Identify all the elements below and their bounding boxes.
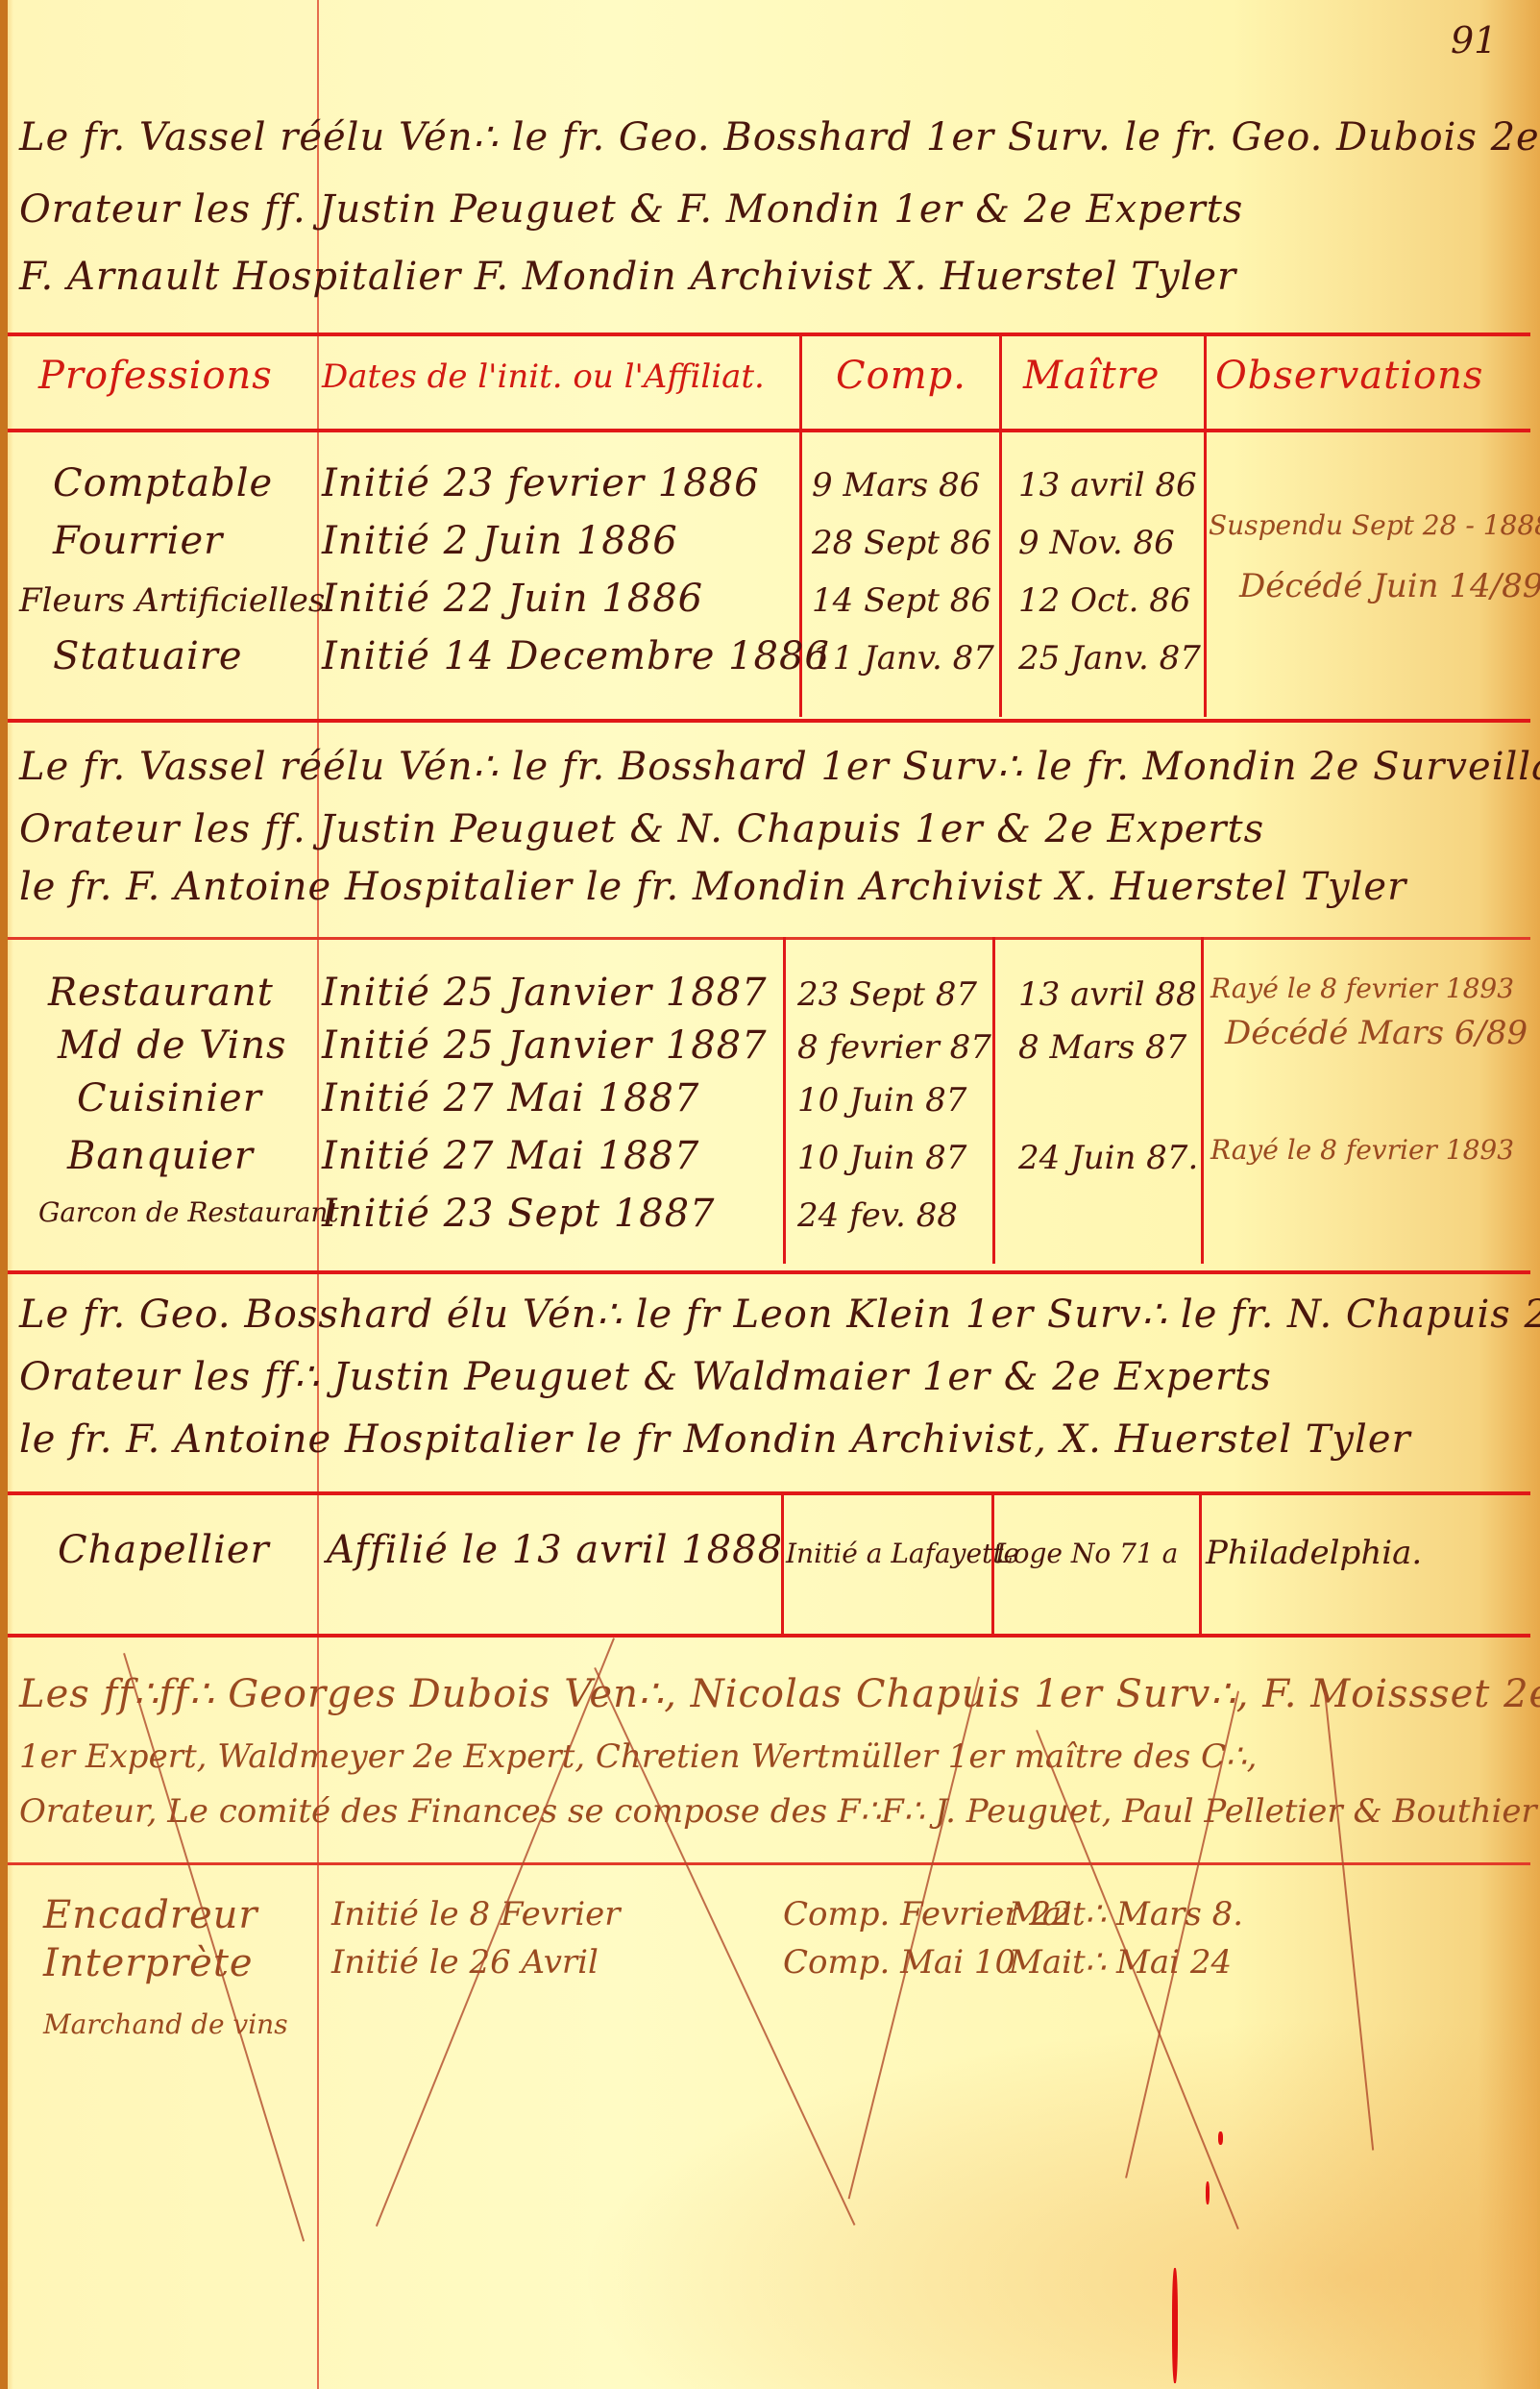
- cell-date: Initié 22 Juin 1886: [322, 577, 703, 621]
- column-rule: [1201, 937, 1204, 1264]
- rule-line: [8, 1270, 1530, 1274]
- cell-observations: Suspendu Sept 28 - 1888: [1209, 509, 1540, 541]
- cell-comp: 8 fevrier 87: [797, 1028, 991, 1067]
- ink-mark: [1172, 2268, 1178, 2383]
- cell-comp: 28 Sept 86: [812, 524, 991, 562]
- cell-observations: Rayé le 8 fevrier 1893: [1210, 1134, 1514, 1166]
- column-rule: [1204, 332, 1207, 717]
- officers-line: Orateur les ff. Justin Peuguet & F. Mond…: [19, 187, 1243, 232]
- header-observations: Observations: [1215, 354, 1483, 398]
- cell-date: Initié le 26 Avril: [331, 1943, 599, 1982]
- cell-maitre: 9 Nov. 86: [1018, 524, 1175, 562]
- rule-line: [8, 719, 1530, 723]
- cell-profession: Fourrier: [53, 519, 223, 563]
- page-number: 91: [1451, 19, 1497, 62]
- column-rule: [1199, 1491, 1202, 1636]
- cell-maitre: 12 Oct. 86: [1018, 581, 1191, 620]
- cell-profession: Comptable: [53, 461, 273, 505]
- rule-line: [8, 332, 1530, 336]
- ink-mark: [1218, 2131, 1223, 2145]
- cell-profession: Banquier: [67, 1134, 254, 1178]
- header-maitre: Maître: [1023, 354, 1160, 398]
- column-rule: [999, 332, 1002, 717]
- cell-date: Initié 25 Janvier 1887: [322, 971, 768, 1015]
- cell-maitre: 13 avril 88: [1018, 975, 1197, 1014]
- officers-line: le fr. F. Antoine Hospitalier le fr Mond…: [19, 1417, 1411, 1462]
- column-rule: [783, 937, 786, 1264]
- rule-line: [8, 1862, 1530, 1865]
- header-professions: Professions: [38, 354, 273, 398]
- cell-comp: 10 Juin 87: [797, 1139, 966, 1177]
- cell-observations: Décédé Mars 6/89: [1225, 1014, 1528, 1052]
- cell-date: Initié le 8 Fevrier: [331, 1895, 620, 1933]
- cell-maitre: Mait∴ Mars 8.: [1009, 1895, 1243, 1933]
- officers-line: le fr. F. Antoine Hospitalier le fr. Mon…: [19, 865, 1406, 909]
- cell-comp: 14 Sept 86: [812, 581, 991, 620]
- cell-date: Initié 23 fevrier 1886: [322, 461, 760, 505]
- cell-profession: Marchand de vins: [43, 2008, 288, 2040]
- cell-profession: Garcon de Restaurant: [38, 1196, 339, 1228]
- officers-line: Les ff∴ff∴ Georges Dubois Ven∴, Nicolas …: [19, 1672, 1540, 1716]
- cell-maitre: 8 Mars 87: [1018, 1028, 1186, 1067]
- cell-observations: Décédé Juin 14/89: [1239, 567, 1540, 605]
- rule-line: [8, 1634, 1530, 1638]
- cell-date: Initié 27 Mai 1887: [322, 1076, 699, 1121]
- rule-line: [8, 429, 1530, 432]
- cell-comp: 9 Mars 86: [812, 466, 980, 505]
- cell-profession: Statuaire: [53, 634, 243, 678]
- cell-observations: Philadelphia.: [1206, 1534, 1422, 1572]
- cell-comp: Initié a Lafayette: [786, 1538, 1019, 1569]
- cell-profession: Cuisinier: [77, 1076, 262, 1121]
- paper-stain: [576, 2018, 1537, 2389]
- cell-profession: Md de Vins: [58, 1023, 287, 1068]
- cell-profession: Chapellier: [58, 1528, 270, 1572]
- officers-line: Le fr. Vassel réélu Vén∴ le fr. Geo. Bos…: [19, 115, 1540, 160]
- cell-observations: Rayé le 8 fevrier 1893: [1210, 973, 1514, 1004]
- cell-profession: Fleurs Artificielles: [19, 581, 325, 620]
- officers-line: Le fr. Vassel réélu Vén∴ le fr. Bosshard…: [19, 745, 1540, 789]
- header-dates: Dates de l'init. ou l'Affiliat.: [322, 357, 765, 396]
- page-binding-edge: [0, 0, 8, 2389]
- cell-comp: 11 Janv. 87: [812, 639, 994, 677]
- cell-maitre: Mait∴ Mai 24: [1009, 1943, 1232, 1982]
- officers-line: Orateur, Le comité des Finances se compo…: [19, 1792, 1537, 1831]
- cell-date: Affilié le 13 avril 1888: [327, 1528, 783, 1572]
- cell-maitre: Loge No 71 a: [995, 1538, 1178, 1569]
- cell-date: Initié 27 Mai 1887: [322, 1134, 699, 1178]
- officers-line: Orateur les ff. Justin Peuguet & N. Chap…: [19, 807, 1264, 851]
- cell-comp: 23 Sept 87: [797, 975, 977, 1014]
- ink-mark: [1206, 2181, 1210, 2204]
- rule-line: [8, 1491, 1530, 1495]
- cell-maitre: 24 Juin 87.: [1018, 1139, 1198, 1177]
- cell-date: Initié 2 Juin 1886: [322, 519, 678, 563]
- cell-comp: 24 fev. 88: [797, 1196, 958, 1235]
- cell-date: Initié 25 Janvier 1887: [322, 1023, 768, 1068]
- margin-rule: [317, 0, 319, 2389]
- cell-profession: Encadreur: [43, 1893, 258, 1937]
- rule-line: [8, 937, 1530, 940]
- column-rule: [992, 937, 995, 1264]
- officers-line: F. Arnault Hospitalier F. Mondin Archivi…: [19, 255, 1236, 299]
- cell-maitre: 25 Janv. 87: [1018, 639, 1201, 677]
- cell-profession: Restaurant: [48, 971, 274, 1015]
- officers-line: 1er Expert, Waldmeyer 2e Expert, Chretie…: [19, 1737, 1257, 1776]
- officers-line: Orateur les ff∴ Justin Peuguet & Waldmai…: [19, 1355, 1272, 1399]
- cell-date: Initié 14 Decembre 1886: [322, 634, 830, 678]
- cross-stroke: [1324, 1691, 1374, 2151]
- header-comp: Comp.: [836, 354, 966, 398]
- cell-maitre: 13 avril 86: [1018, 466, 1197, 505]
- cell-date: Initié 23 Sept 1887: [322, 1192, 716, 1236]
- cell-comp: 10 Juin 87: [797, 1081, 966, 1120]
- cell-comp: Comp. Mai 10: [783, 1943, 1015, 1982]
- officers-line: Le fr. Geo. Bosshard élu Vén∴ le fr Leon…: [19, 1293, 1540, 1337]
